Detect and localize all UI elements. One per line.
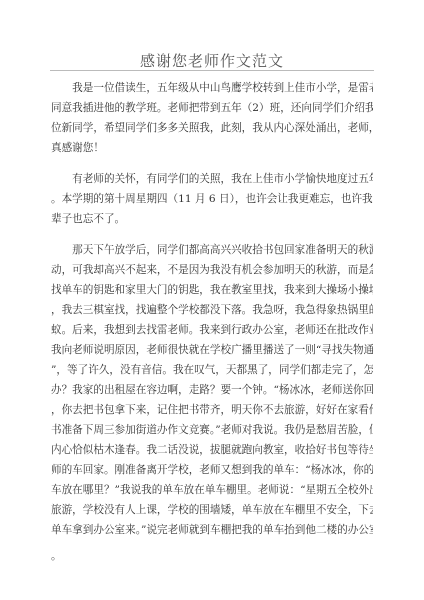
paragraph-3: 那天下午放学后，同学们都高高兴兴收拾书包回家准备明天的秋游活 动，可我却高兴不起… bbox=[51, 240, 373, 566]
text-line: ”，等了许久，没有音信。我在叹气，天都黑了，同学们都走完了，怎么 bbox=[51, 360, 373, 380]
paragraph-2: 有老师的关怀，有同学们的关照，我在上佳市小学愉快地度过五年级 。本学期的第十周星… bbox=[51, 169, 373, 229]
document-page: 感谢您老师作文范文 我是一位借读生，五年级从中山鸟鹰学校转到上佳市小学，是雷老师… bbox=[0, 0, 424, 600]
text-line: 。本学期的第十周星期四（11 月 6 日），也许会让我更难忘，也许我一 bbox=[51, 189, 373, 209]
document-body: 我是一位借读生，五年级从中山鸟鹰学校转到上佳市小学，是雷老师 同意我插进他的教学… bbox=[51, 78, 373, 566]
text-line: 内心恰似枯木逢春。我二话没说，拔腿就跑向教室，收拾好书包等待坐老 bbox=[51, 440, 373, 460]
text-line: 旅游，学校没有人上课，学校的围墙矮，单车放在车棚里不安全，下去把 bbox=[51, 500, 373, 520]
document-title: 感谢您老师作文范文 bbox=[0, 50, 424, 71]
text-line: 我向老师说明原因，老师很快就在学校广播里播送了一则“寻找失物通知 bbox=[51, 340, 373, 360]
text-line: 单车拿到办公室来。”说完老师就到车棚把我的单车抬到他二楼的办公室 bbox=[51, 520, 373, 540]
text-line: 同意我插进他的教学班。老师把带到五年（2）班，还向同学们介绍我这 bbox=[51, 98, 373, 118]
text-line: 书准备下周三参加街道办作文竞赛。”老师对我说。我仍是愁眉苦脸，但 bbox=[51, 420, 373, 440]
text-line: 师的车回家。刚准备离开学校，老师又想到我的单车：“杨冰冰，你的单 bbox=[51, 460, 373, 480]
text-line: ，我去三棋室找，找遍整个学校都没下落。我急呀，我急得象热锅里的蚂 bbox=[51, 300, 373, 320]
paragraph-gap bbox=[51, 158, 373, 169]
text-line: ，你去把书包拿下来，记住把书带齐，明天你不去旅游，好好在家看作文 bbox=[51, 400, 373, 420]
text-line: 那天下午放学后，同学们都高高兴兴收拾书包回家准备明天的秋游活 bbox=[51, 240, 373, 260]
text-line: 动，可我却高兴不起来，不是因为我没有机会参加明天的秋游，而是急着 bbox=[51, 260, 373, 280]
text-line: 找单车的钥匙和家里大门的钥匙，我在教室里找，我来到大操场小操场找 bbox=[51, 280, 373, 300]
paragraph-gap bbox=[51, 229, 373, 240]
text-line: 蚁。后来，我想到去找雷老师。我来到行政办公室，老师还在批改作业， bbox=[51, 320, 373, 340]
text-line: 真感谢您！ bbox=[51, 138, 373, 158]
text-line: 。 bbox=[51, 546, 373, 566]
paragraph-1: 我是一位借读生，五年级从中山鸟鹰学校转到上佳市小学，是雷老师 同意我插进他的教学… bbox=[51, 78, 373, 158]
text-line: 我是一位借读生，五年级从中山鸟鹰学校转到上佳市小学，是雷老师 bbox=[51, 78, 373, 98]
title-divider bbox=[50, 70, 374, 71]
text-line: 车放在哪里？”我说我的单车放在单车棚里。老师说：“星期五全校外出 bbox=[51, 480, 373, 500]
text-line: 位新同学，希望同学们多多关照我，此刻，我从内心深处涌出，老师，我 bbox=[51, 118, 373, 138]
text-line: 有老师的关怀，有同学们的关照，我在上佳市小学愉快地度过五年级 bbox=[51, 169, 373, 189]
text-line: 办？我家的出租屋在容边啊，走路？要一个钟。“杨冰冰，老师送你回去 bbox=[51, 380, 373, 400]
text-line: 辈子也忘不了。 bbox=[51, 209, 373, 229]
